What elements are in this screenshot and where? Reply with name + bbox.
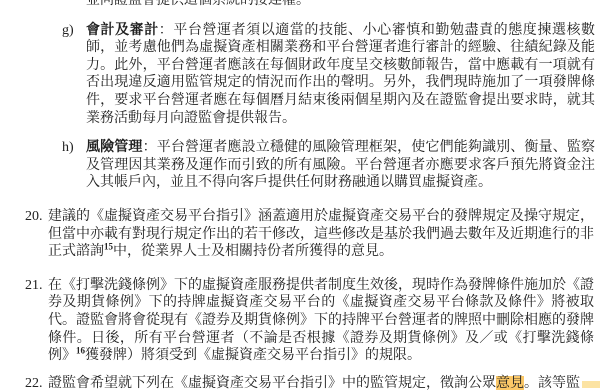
footnote-ref-15: 15 [104,241,113,251]
list-item-21-text-post: 獲發牌）將須受到《虛擬資產交易平台指引》的規限。 [85,348,421,363]
search-highlight-fragment [582,381,600,388]
list-item-22-text: 證監會希望就下列在《虛擬資產交易平台指引》中的監管規定，徵詢公眾意見。該等監 [48,375,594,390]
list-item-h-bold-lead: 風險管理 [86,140,143,155]
list-item-20: 20.建議的《虛擬資產交易平台指引》涵蓋適用於虛擬資產交易平台的發牌規定及操守規… [0,208,600,261]
list-item-g: g)會計及審計：平台營運者須以適當的技能、小心審慎和勤勉盡責的態度揀選核數師，並… [0,22,600,128]
footnote-ref-16: 16 [76,345,85,355]
list-item-g-label: g) [62,22,86,128]
list-item-21-label: 21. [25,277,48,365]
list-item-g-bold-lead: 會計及審計 [86,23,159,38]
search-highlight: 意見 [496,376,524,390]
document-page: 並向證監會提供這個系統的接達權。 g)會計及審計：平台營運者須以適當的技能、小心… [0,0,600,390]
list-item-22-text-pre: 證監會希望就下列在《虛擬資產交易平台指引》中的監管規定，徵詢公眾 [48,376,496,390]
list-item-h: h)風險管理：平台營運者應設立穩健的風險管理框架，使它們能夠識別、衡量、監察及管… [0,139,600,192]
list-item-22-text-post: 。該等監 [524,376,580,390]
list-item-20-label: 20. [25,208,48,261]
list-item-20-text-post: 中，從業界人士及相關持份者所獲得的意見。 [113,244,393,259]
document-body: 並向證監會提供這個系統的接達權。 g)會計及審計：平台營運者須以適當的技能、小心… [0,0,600,390]
list-item-22-label: 22. [25,375,48,390]
list-item-22: 22.證監會希望就下列在《虛擬資產交易平台指引》中的監管規定，徵詢公眾意見。該等… [0,375,600,390]
list-item-g-text: 會計及審計：平台營運者須以適當的技能、小心審慎和勤勉盡責的態度揀選核數師，並考慮… [86,22,595,128]
list-item-20-text: 建議的《虛擬資產交易平台指引》涵蓋適用於虛擬資產交易平台的發牌規定及操守規定，但… [48,208,594,261]
list-item-21-text: 在《打擊洗錢條例》下的虛擬資產服務提供者制度生效後，現時作為發牌條件施加於《證券… [48,277,594,365]
list-item-g-body-text: ：平台營運者須以適當的技能、小心審慎和勤勉盡責的態度揀選核數師，並考慮他們為虛擬… [86,23,595,126]
top-partial-line-text: 並向證監會提供這個系統的接達權。 [86,0,595,10]
list-item-h-body-text: ：平台營運者應設立穩健的風險管理框架，使它們能夠識別、衡量、監察及管理因其業務及… [86,140,595,190]
list-item-h-text: 風險管理：平台營運者應設立穩健的風險管理框架，使它們能夠識別、衡量、監察及管理因… [86,139,595,192]
list-item-h-label: h) [62,139,86,192]
list-item-21: 21.在《打擊洗錢條例》下的虛擬資產服務提供者制度生效後，現時作為發牌條件施加於… [0,277,600,365]
top-partial-line: 並向證監會提供這個系統的接達權。 [0,0,600,10]
